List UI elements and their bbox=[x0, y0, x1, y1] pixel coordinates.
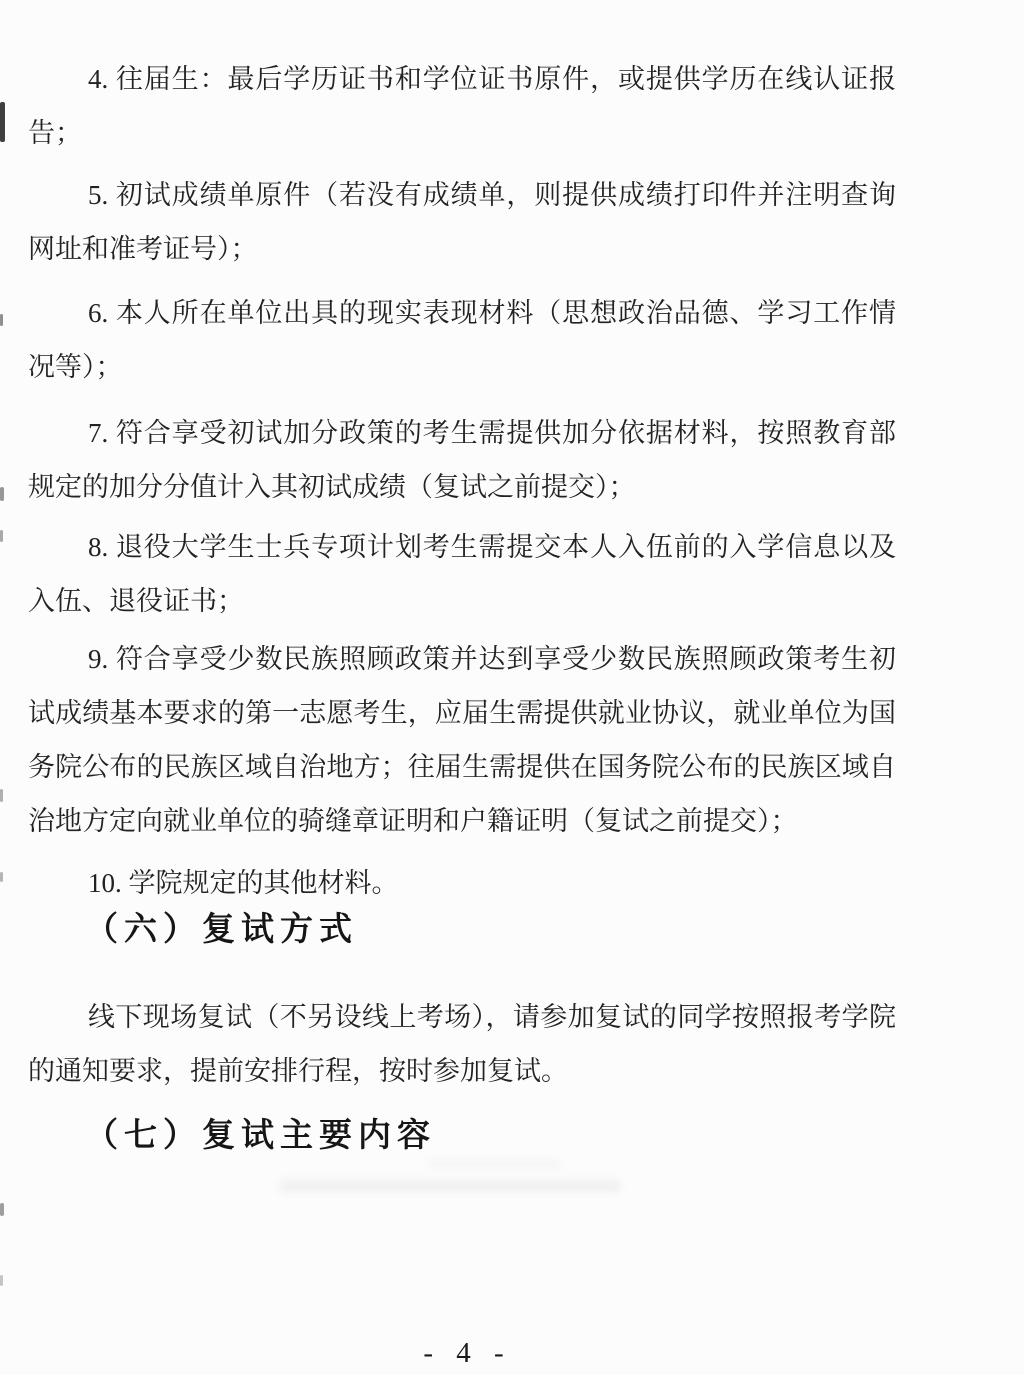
section-six-paragraph: 线下现场复试（不另设线上考场），请参加复试的同学按照报考学院的通知要求，提前安排… bbox=[28, 990, 896, 1098]
scan-artifact bbox=[0, 872, 3, 882]
list-item-8: 8. 退役大学生士兵专项计划考生需提交本人入伍前的入学信息以及入伍、退役证书； bbox=[28, 520, 896, 628]
list-item-5: 5. 初试成绩单原件（若没有成绩单，则提供成绩打印件并注明查询网址和准考证号）； bbox=[28, 168, 896, 276]
scan-artifact bbox=[0, 530, 3, 542]
section-heading-six: （六）复试方式 bbox=[28, 902, 896, 956]
section-heading-seven: （七）复试主要内容 bbox=[28, 1108, 896, 1162]
list-item-9: 9. 符合享受少数民族照顾政策并达到享受少数民族照顾政策考生初试成绩基本要求的第… bbox=[28, 632, 896, 848]
scan-artifact bbox=[0, 789, 3, 802]
list-item-7: 7. 符合享受初试加分政策的考生需提供加分依据材料，按照教育部规定的加分分值计入… bbox=[28, 406, 896, 514]
scan-artifact bbox=[0, 314, 3, 326]
scan-artifact bbox=[0, 102, 5, 142]
scan-ghosting bbox=[430, 1160, 560, 1168]
scan-artifact bbox=[0, 487, 4, 501]
scan-artifact bbox=[0, 1203, 4, 1216]
document-body: 4. 往届生：最后学历证书和学位证书原件，或提供学历在线认证报告； 5. 初试成… bbox=[28, 52, 896, 1162]
page-number: - 4 - bbox=[0, 1326, 932, 1375]
scan-artifact bbox=[0, 1275, 3, 1286]
list-item-6: 6. 本人所在单位出具的现实表现材料（思想政治品德、学习工作情况等）； bbox=[28, 286, 896, 394]
scan-ghosting bbox=[280, 1180, 620, 1192]
list-item-4: 4. 往届生：最后学历证书和学位证书原件，或提供学历在线认证报告； bbox=[28, 52, 896, 160]
